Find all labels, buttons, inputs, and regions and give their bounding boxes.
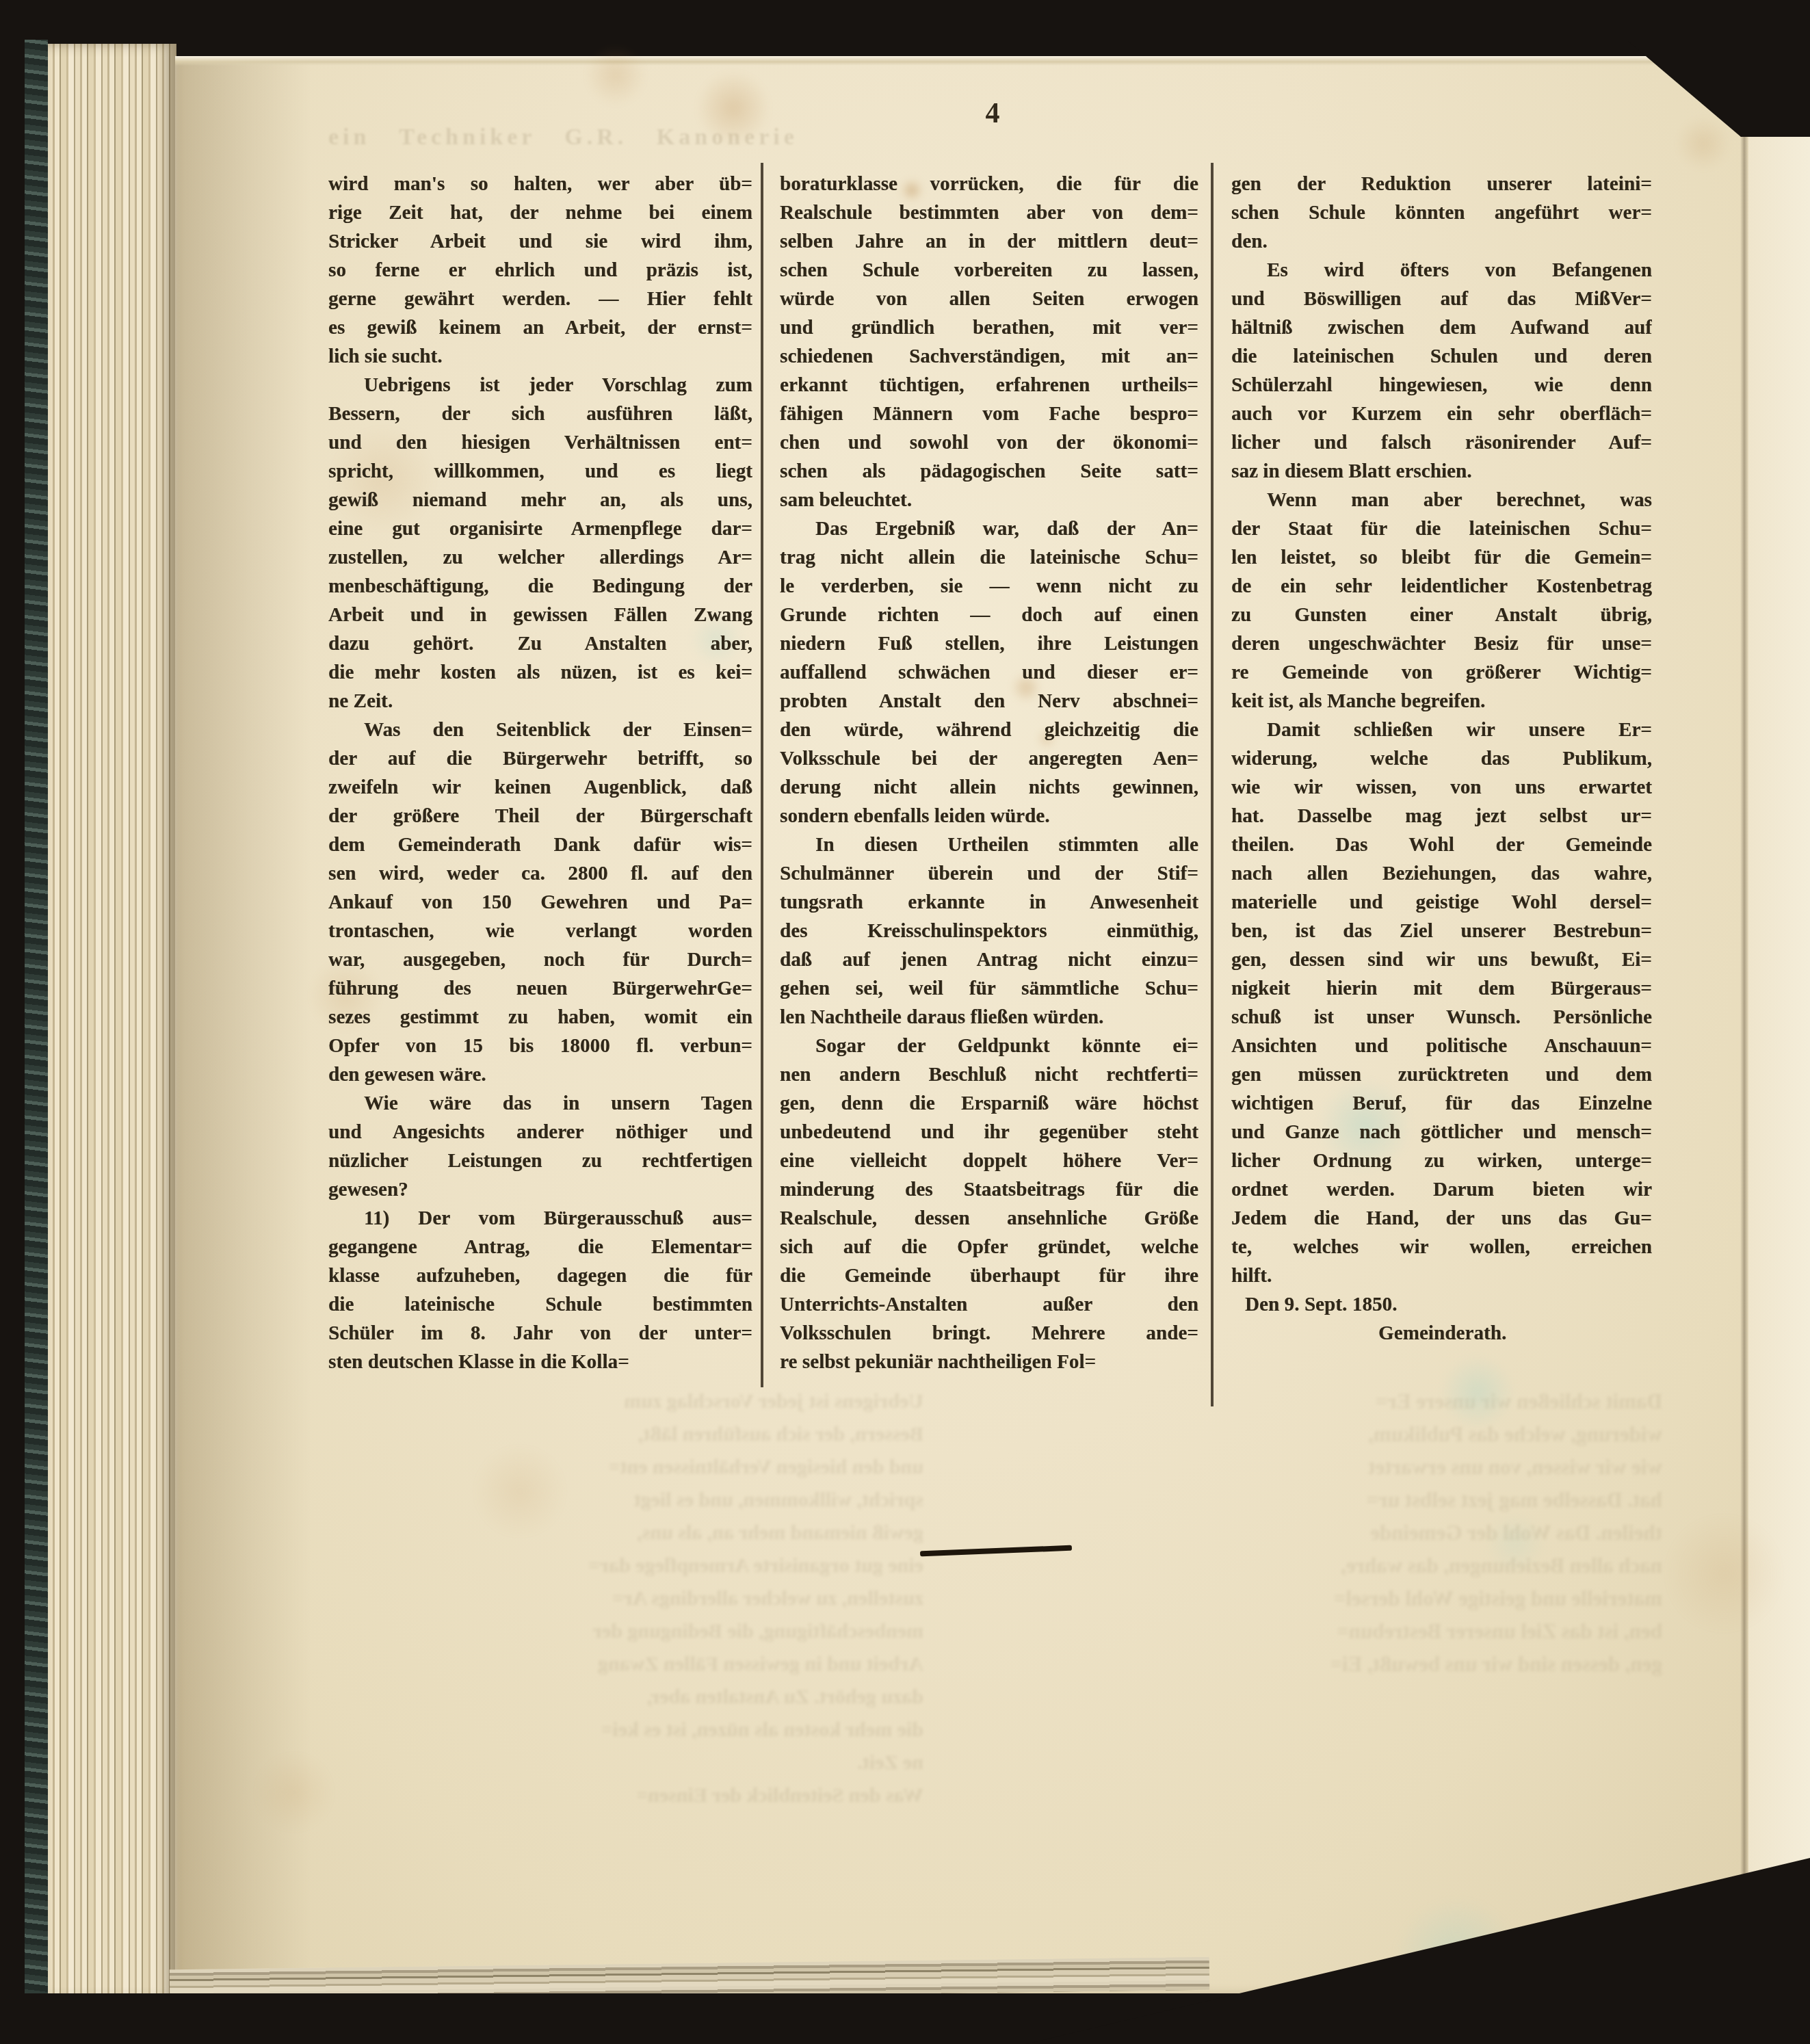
text-line: te, welches wir wollen, erreichen [1231,1233,1652,1261]
text-line: schen Schule vorbereiten zu lassen, [780,256,1198,285]
text-line: der Staat für die lateinischen Schu= [1231,514,1652,543]
text-line: schen Schule könnten angeführt wer= [1231,198,1652,227]
text-line: sen wird, weder ca. 2800 fl. auf den [328,859,752,888]
text-line: Wie wäre das in unsern Tagen [328,1089,752,1118]
text-line: gewiß niemand mehr an, als uns, [328,486,752,514]
column-2: boraturklasse vorrücken, die für dieReal… [780,170,1198,1376]
text-line: Volksschulen bringt. Mehrere ande= [780,1319,1198,1348]
text-line: derung nicht allein nichts gewinnen, [780,773,1198,802]
next-page-edge [1748,134,1810,1913]
background-top [0,0,1810,56]
text-line: und Böswilligen auf das MißVer= [1231,285,1652,313]
text-line: klasse aufzuheben, dagegen die für [328,1261,752,1290]
text-line: die lateinischen Schulen und deren [1231,342,1652,371]
text-line: schuß ist unser Wunsch. Persönliche [1231,1003,1652,1032]
text-line: Gemeinderath. [1231,1319,1652,1348]
column-3: gen der Reduktion unserer lateini=schen … [1231,170,1652,1348]
text-line: zu Gunsten einer Anstalt übrig, [1231,601,1652,629]
text-line: den. [1231,227,1652,256]
text-line: minderung des Staatsbeitrags für die [780,1175,1198,1204]
text-line: gen, dessen sind wir uns bewußt, Ei= [1231,945,1652,974]
page-top-edge [175,56,1810,66]
text-line: probten Anstalt den Nerv abschnei= [780,687,1198,716]
text-line: re Gemeinde von größerer Wichtig= [1231,658,1652,687]
text-line: keit ist, als Manche begreifen. [1231,687,1652,716]
text-line: Ankauf von 150 Gewehren und Pa= [328,888,752,917]
text-line: fähigen Männern vom Fache bespro= [780,399,1198,428]
text-line: Grunde richten — doch auf einen [780,601,1198,629]
text-line: nach allen Beziehungen, das wahre, [1231,859,1652,888]
text-line: nigkeit hierin mit dem Bürgeraus= [1231,974,1652,1003]
text-line: führung des neuen BürgerwehrGe= [328,974,752,1003]
text-line: ben, ist das Ziel unserer Bestrebun= [1231,917,1652,945]
page-number: 4 [952,97,1034,130]
text-line: niedern Fuß stellen, ihre Leistungen [780,629,1198,658]
background-left [0,0,26,2044]
text-line: auffallend schwächen und dieser er= [780,658,1198,687]
text-line: Bessern, der sich ausführen läßt, [328,399,752,428]
text-line: licher Ordnung zu wirken, unterge= [1231,1147,1652,1175]
text-line: materielle und geistige Wohl dersel= [1231,888,1652,917]
text-line: de ein sehr leidentlicher Kostenbetrag [1231,572,1652,601]
column-rule-2 [1211,163,1214,1406]
text-line: Wenn man aber berechnet, was [1231,486,1652,514]
text-line: selben Jahre an in der mittlern deut= [780,227,1198,256]
text-line: le verderben, sie — wenn nicht zu [780,572,1198,601]
text-line: gen der Reduktion unserer lateini= [1231,170,1652,198]
text-line: spricht, willkommen, und es liegt [328,457,752,486]
page-stack-edges-left [48,44,176,2000]
text-line: sten deutschen Klasse in die Kolla= [328,1348,752,1376]
text-line: Realschule, dessen ansehnliche Größe [780,1204,1198,1233]
text-line: der auf die Bürgerwehr betrifft, so [328,744,752,773]
text-line: Was den Seitenblick der Einsen= [328,716,752,744]
book-cover-edge [25,40,48,2004]
text-line: unbedeutend und ihr gegenüber steht [780,1118,1198,1147]
text-line: widerung, welche das Publikum, [1231,744,1652,773]
text-line: wichtigen Beruf, für das Einzelne [1231,1089,1652,1118]
text-line: sondern ebenfalls leiden würde. [780,802,1198,830]
text-line: so ferne er ehrlich und präzis ist, [328,256,752,285]
text-line: Jedem die Hand, der uns das Gu= [1231,1204,1652,1233]
text-line: deren ungeschwächter Besiz für unse= [1231,629,1652,658]
text-line: hilft. [1231,1261,1652,1290]
text-line: nen andern Beschluß nicht rechtferti= [780,1060,1198,1089]
text-line: sich auf die Opfer gründet, welche [780,1233,1198,1261]
text-line: Unterrichts-Anstalten außer den [780,1290,1198,1319]
text-line: In diesen Urtheilen stimmten alle [780,830,1198,859]
text-line: Sogar der Geldpunkt könnte ei= [780,1032,1198,1060]
text-line: Opfer von 15 bis 18000 fl. verbun= [328,1032,752,1060]
text-line: gehen sei, weil für sämmtliche Schu= [780,974,1198,1003]
text-line: würde von allen Seiten erwogen [780,285,1198,313]
text-line: lich sie sucht. [328,342,752,371]
column-rule-1 [761,163,763,1387]
text-line: gegangene Antrag, die Elementar= [328,1233,752,1261]
text-line: Volksschule bei der angeregten Aen= [780,744,1198,773]
text-line: ordnet werden. Darum bieten wir [1231,1175,1652,1204]
text-line: und gründlich berathen, mit ver= [780,313,1198,342]
text-line: gerne gewährt werden. — Hier fehlt [328,285,752,313]
text-line: Damit schließen wir unsere Er= [1231,716,1652,744]
text-line: den würde, während gleichzeitig die [780,716,1198,744]
text-line: len leistet, so bleibt für die Gemein= [1231,543,1652,572]
text-line: die mehr kosten als nüzen, ist es kei= [328,658,752,687]
text-line: tungsrath erkannte in Anwesenheit [780,888,1198,917]
text-line: wie wir wissen, von uns erwartet [1231,773,1652,802]
column-1: wird man's so halten, wer aber üb=rige Z… [328,170,752,1376]
text-line: trontaschen, wie verlangt worden [328,917,752,945]
text-line: schen als pädagogischen Seite satt= [780,457,1198,486]
text-line: gen müssen zurücktreten und dem [1231,1060,1652,1089]
text-line: die Gemeinde überhaupt für ihre [780,1261,1198,1290]
text-line: chen und sowohl von der ökonomi= [780,428,1198,457]
text-line: und Angesichts anderer nöthiger und [328,1118,752,1147]
text-line: re selbst pekuniär nachtheiligen Fol= [780,1348,1198,1376]
text-line: Den 9. Sept. 1850. [1231,1290,1652,1319]
text-line: Schulmänner überein und der Stif= [780,859,1198,888]
text-line: eine gut organisirte Armenpflege dar= [328,514,752,543]
text-line: menbeschäftigung, die Bedingung der [328,572,752,601]
text-line: trag nicht allein die lateinische Schu= [780,543,1198,572]
text-line: eine vielleicht doppelt höhere Ver= [780,1147,1198,1175]
text-line: gewesen? [328,1175,752,1204]
text-line: nüzlicher Leistungen zu rechtfertigen [328,1147,752,1175]
text-line: der größere Theil der Bürgerschaft [328,802,752,830]
gutter-shadow [175,56,312,1996]
text-line: und den hiesigen Verhältnissen ent= [328,428,752,457]
text-line: Das Ergebniß war, daß der An= [780,514,1198,543]
text-line: licher und falsch räsonirender Auf= [1231,428,1652,457]
text-line: Arbeit und in gewissen Fällen Zwang [328,601,752,629]
text-line: Schülerzahl hingewiesen, wie denn [1231,371,1652,399]
text-line: gen, denn die Ersparniß wäre höchst [780,1089,1198,1118]
text-line: Realschule bestimmten aber von dem= [780,198,1198,227]
text-line: des Kreisschulinspektors einmüthig, [780,917,1198,945]
text-line: daß auf jenen Antrag nicht einzu= [780,945,1198,974]
text-line: ne Zeit. [328,687,752,716]
text-line: den gewesen wäre. [328,1060,752,1089]
text-line: erkannt tüchtigen, erfahrenen urtheils= [780,371,1198,399]
text-line: sezes gestimmt zu haben, womit ein [328,1003,752,1032]
text-line: auch vor Kurzem ein sehr oberfläch= [1231,399,1652,428]
text-line: dem Gemeinderath Dank dafür wis= [328,830,752,859]
text-line: Stricker Arbeit und sie wird ihm, [328,227,752,256]
text-line: die lateinische Schule bestimmten [328,1290,752,1319]
text-line: Schüler im 8. Jahr von der unter= [328,1319,752,1348]
text-line: sam beleuchtet. [780,486,1198,514]
text-line: zweifeln wir keinen Augenblick, daß [328,773,752,802]
text-line: hältniß zwischen dem Aufwand auf [1231,313,1652,342]
text-line: und Ganze nach göttlicher und mensch= [1231,1118,1652,1147]
text-line: zustellen, zu welcher allerdings Ar= [328,543,752,572]
page-fold-crease [1740,66,1748,1995]
text-line: Ansichten und politische Anschauun= [1231,1032,1652,1060]
text-line: 11) Der vom Bürgerausschuß aus= [328,1204,752,1233]
text-line: boraturklasse vorrücken, die für die [780,170,1198,198]
text-line: Es wird öfters von Befangenen [1231,256,1652,285]
text-line: war, ausgegeben, noch für Durch= [328,945,752,974]
scanned-book-page: { "page": { "number": "4" }, "colors": {… [0,0,1810,2044]
text-line: Uebrigens ist jeder Vorschlag zum [328,371,752,399]
text-line: hat. Dasselbe mag jezt selbst ur= [1231,802,1652,830]
text-line: theilen. Das Wohl der Gemeinde [1231,830,1652,859]
text-line: len Nachtheile daraus fließen würden. [780,1003,1198,1032]
text-line: dazu gehört. Zu Anstalten aber, [328,629,752,658]
text-line: saz in diesem Blatt erschien. [1231,457,1652,486]
text-line: schiedenen Sachverständigen, mit an= [780,342,1198,371]
text-line: es gewiß keinem an Arbeit, der ernst= [328,313,752,342]
text-line: rige Zeit hat, der nehme bei einem [328,198,752,227]
text-line: wird man's so halten, wer aber üb= [328,170,752,198]
